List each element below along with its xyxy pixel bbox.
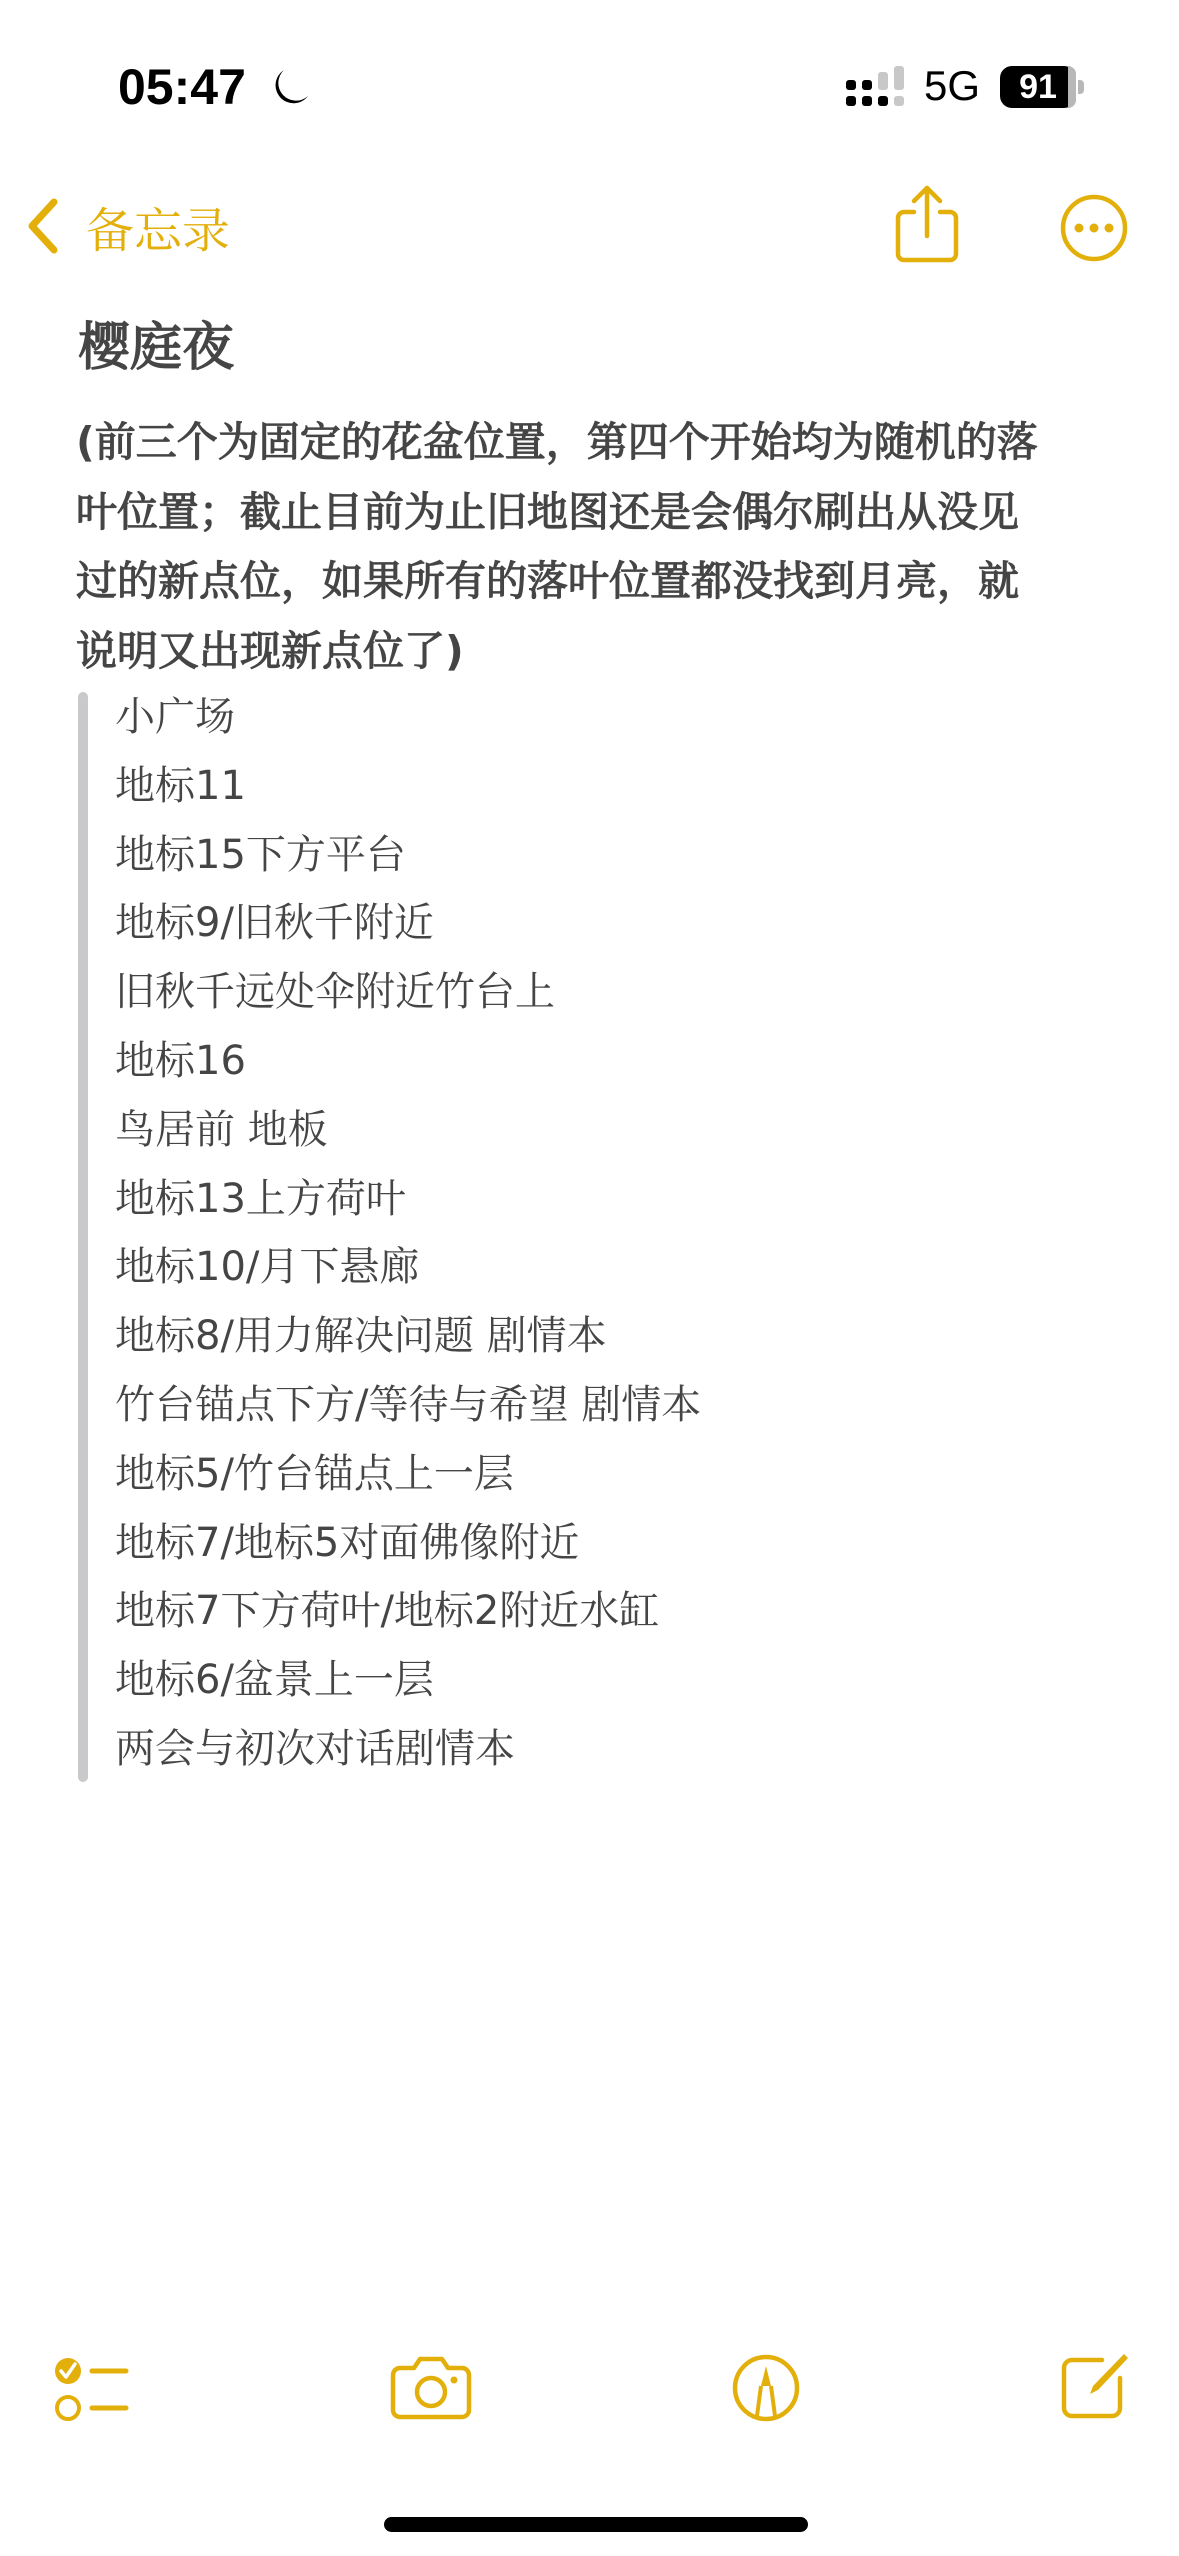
list-item[interactable]: 鸟居前 地板 xyxy=(115,1096,701,1165)
network-type: 5G xyxy=(924,62,980,110)
list-item[interactable]: 小广场 xyxy=(115,683,701,752)
location-list[interactable]: 小广场 地标11 地标15下方平台 地标9/旧秋千附近 旧秋千远处伞附近竹台上 … xyxy=(115,683,701,1784)
intro-line: 过的新点位，如果所有的落叶位置都没找到月亮，就 xyxy=(76,547,1116,617)
moon-icon xyxy=(268,68,310,108)
intro-line: 说明又出现新点位了) xyxy=(76,617,1116,687)
battery-tip xyxy=(1078,80,1084,94)
dual-sim-signal-icon xyxy=(846,66,906,108)
list-item[interactable]: 地标5/竹台锚点上一层 xyxy=(115,1440,701,1509)
list-item[interactable]: 旧秋千远处伞附近竹台上 xyxy=(115,958,701,1027)
status-time: 05:47 xyxy=(118,58,246,116)
note-title[interactable]: 樱庭夜 xyxy=(78,312,234,384)
list-item[interactable]: 地标7下方荷叶/地标2附近水缸 xyxy=(115,1577,701,1646)
list-item[interactable]: 地标7/地标5对面佛像附近 xyxy=(115,1509,701,1578)
chevron-left-icon xyxy=(20,196,64,256)
list-item[interactable]: 地标13上方荷叶 xyxy=(115,1165,701,1234)
back-button[interactable]: 备忘录 xyxy=(20,190,230,262)
back-label: 备忘录 xyxy=(86,192,230,261)
compose-icon[interactable] xyxy=(1058,2350,1132,2420)
battery-icon: 91 xyxy=(1000,66,1076,108)
note-intro-paragraph[interactable]: (前三个为固定的花盆位置，第四个开始均为随机的落 叶位置；截止目前为止旧地图还是… xyxy=(76,408,1116,686)
list-item[interactable]: 地标10/月下悬廊 xyxy=(115,1233,701,1302)
list-item[interactable]: 地标16 xyxy=(115,1027,701,1096)
ellipsis-circle-icon[interactable] xyxy=(1058,192,1130,264)
intro-line: 叶位置；截止目前为止旧地图还是会偶尔刷出从没见 xyxy=(76,478,1116,548)
checklist-icon[interactable] xyxy=(50,2352,132,2426)
list-item[interactable]: 地标11 xyxy=(115,752,701,821)
markup-icon[interactable] xyxy=(730,2352,802,2424)
list-item[interactable]: 两会与初次对话剧情本 xyxy=(115,1715,701,1784)
list-item[interactable]: 地标6/盆景上一层 xyxy=(115,1646,701,1715)
intro-line: (前三个为固定的花盆位置，第四个开始均为随机的落 xyxy=(76,408,1116,478)
list-item[interactable]: 地标8/用力解决问题 剧情本 xyxy=(115,1302,701,1371)
share-icon[interactable] xyxy=(892,182,962,266)
camera-icon[interactable] xyxy=(390,2352,472,2422)
block-quote-bar xyxy=(78,692,88,1782)
list-item[interactable]: 竹台锚点下方/等待与希望 剧情本 xyxy=(115,1371,701,1440)
list-item[interactable]: 地标15下方平台 xyxy=(115,821,701,890)
battery-level: 91 xyxy=(1000,66,1076,108)
home-indicator[interactable] xyxy=(384,2517,808,2532)
list-item[interactable]: 地标9/旧秋千附近 xyxy=(115,889,701,958)
